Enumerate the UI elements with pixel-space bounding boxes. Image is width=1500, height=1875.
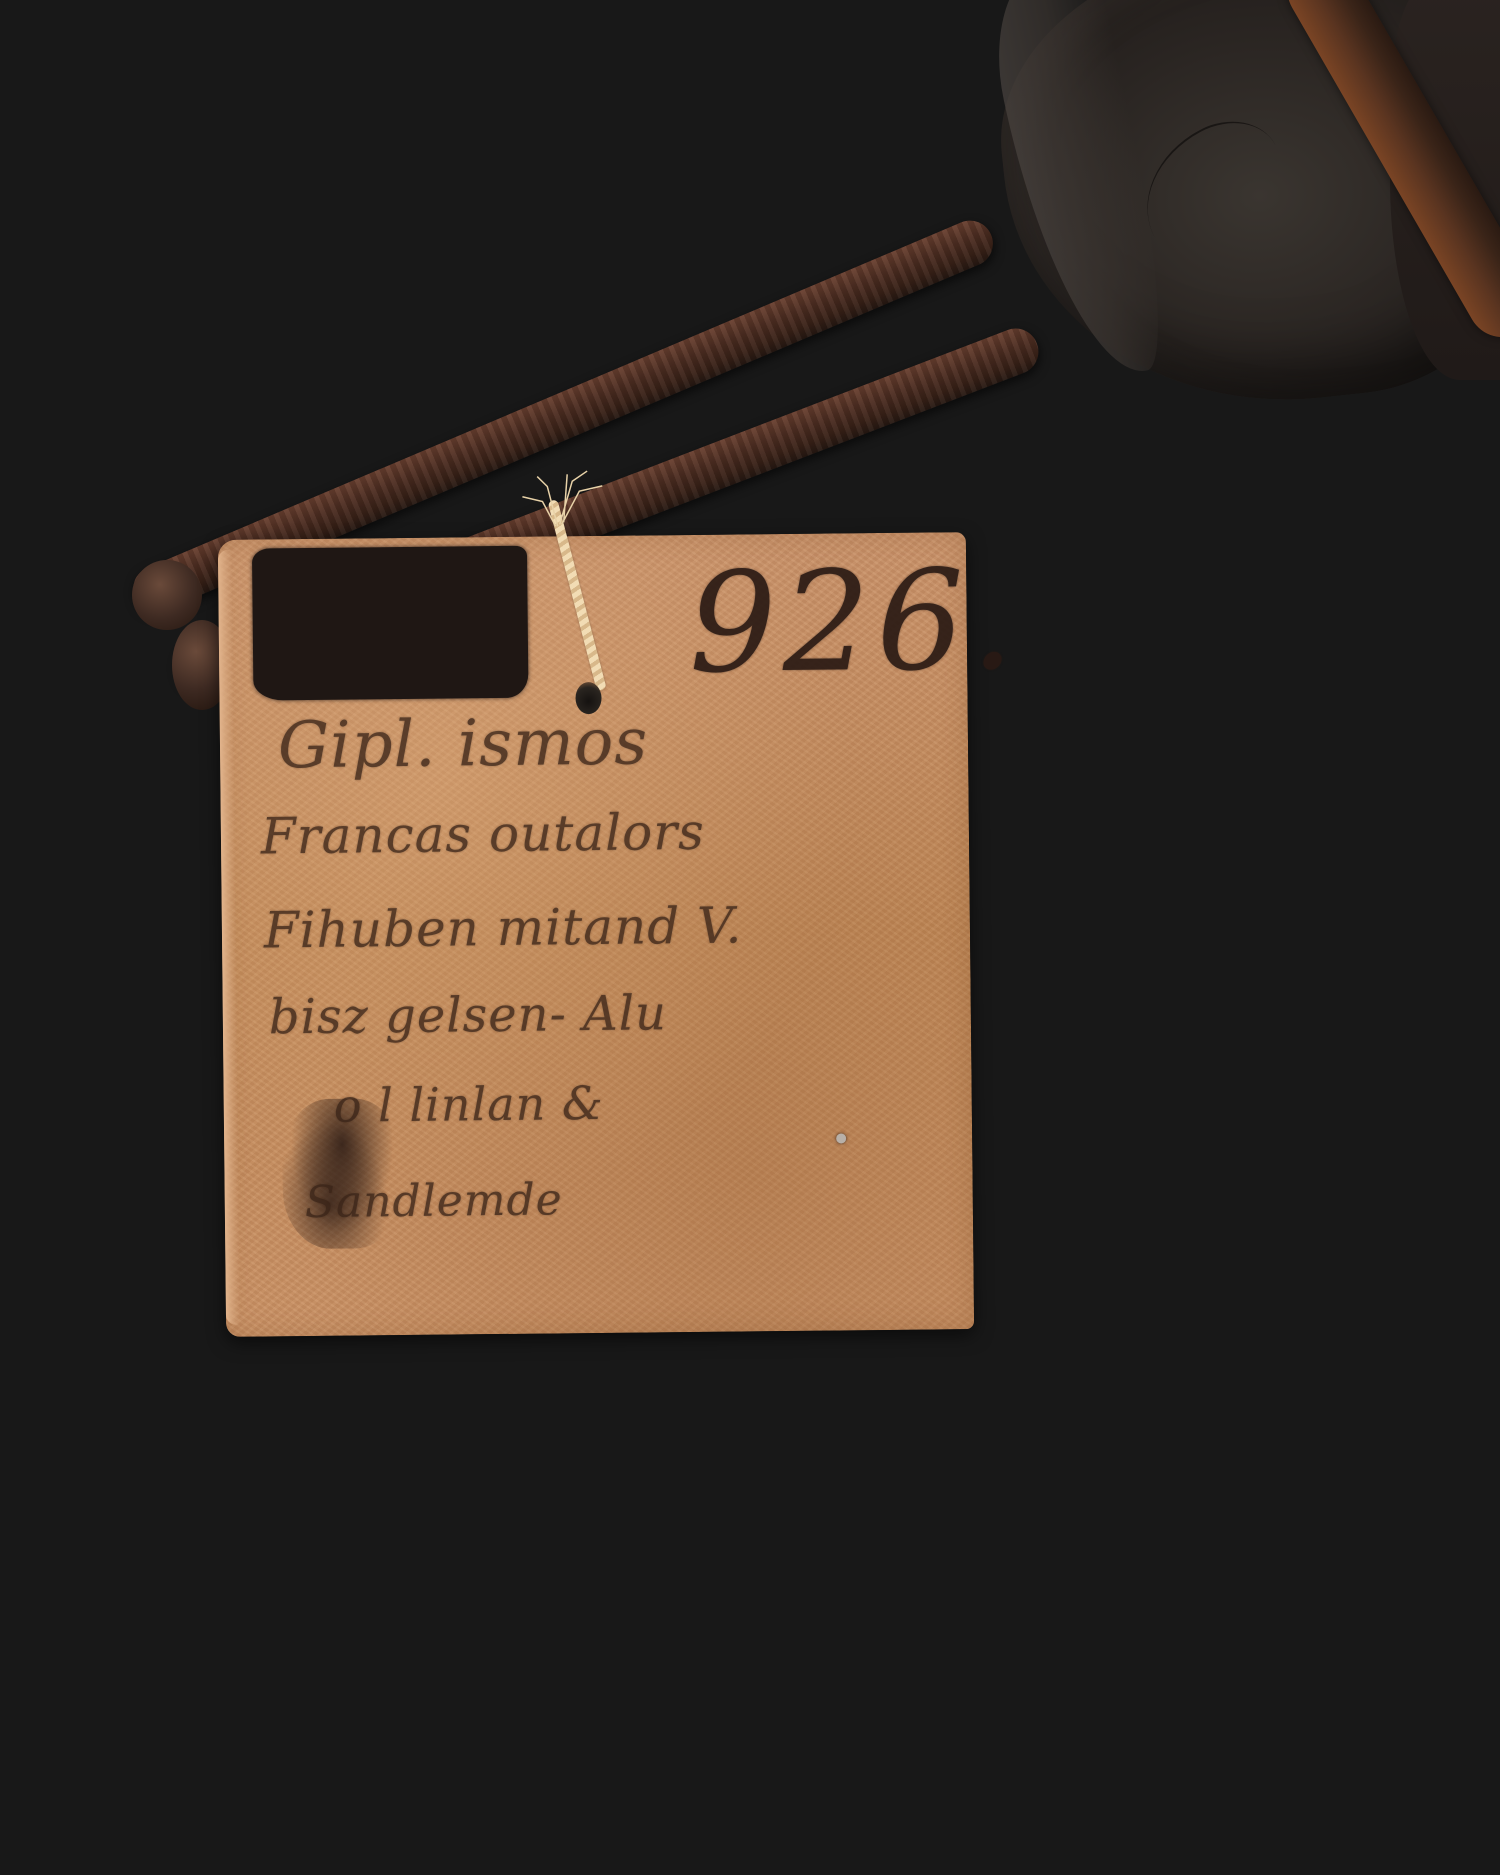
handwritten-line-2: Francas outalors <box>261 803 705 866</box>
catalog-number: 926. <box>688 552 1021 693</box>
iron-loop-bend-upper <box>132 560 202 630</box>
catalog-tag: 926. Gipl. ismos Francas outalors Fihube… <box>218 532 974 1337</box>
handwritten-line-4: bisz gelsen- Alu <box>269 985 668 1045</box>
handwritten-line-5: o l linlan & <box>333 1076 604 1133</box>
handwritten-line-6: Sandlemde <box>305 1174 563 1228</box>
handwritten-line-3: Fihuben mitand V. <box>264 896 743 959</box>
metal-speck <box>836 1133 846 1143</box>
redacted-ink-patch <box>252 546 529 701</box>
tag-edge-highlight <box>218 550 240 1325</box>
twine-fray-icon <box>517 466 608 527</box>
handwritten-line-1: Gipl. ismos <box>278 705 649 783</box>
photo-stage: 926. Gipl. ismos Francas outalors Fihube… <box>0 0 1500 1875</box>
